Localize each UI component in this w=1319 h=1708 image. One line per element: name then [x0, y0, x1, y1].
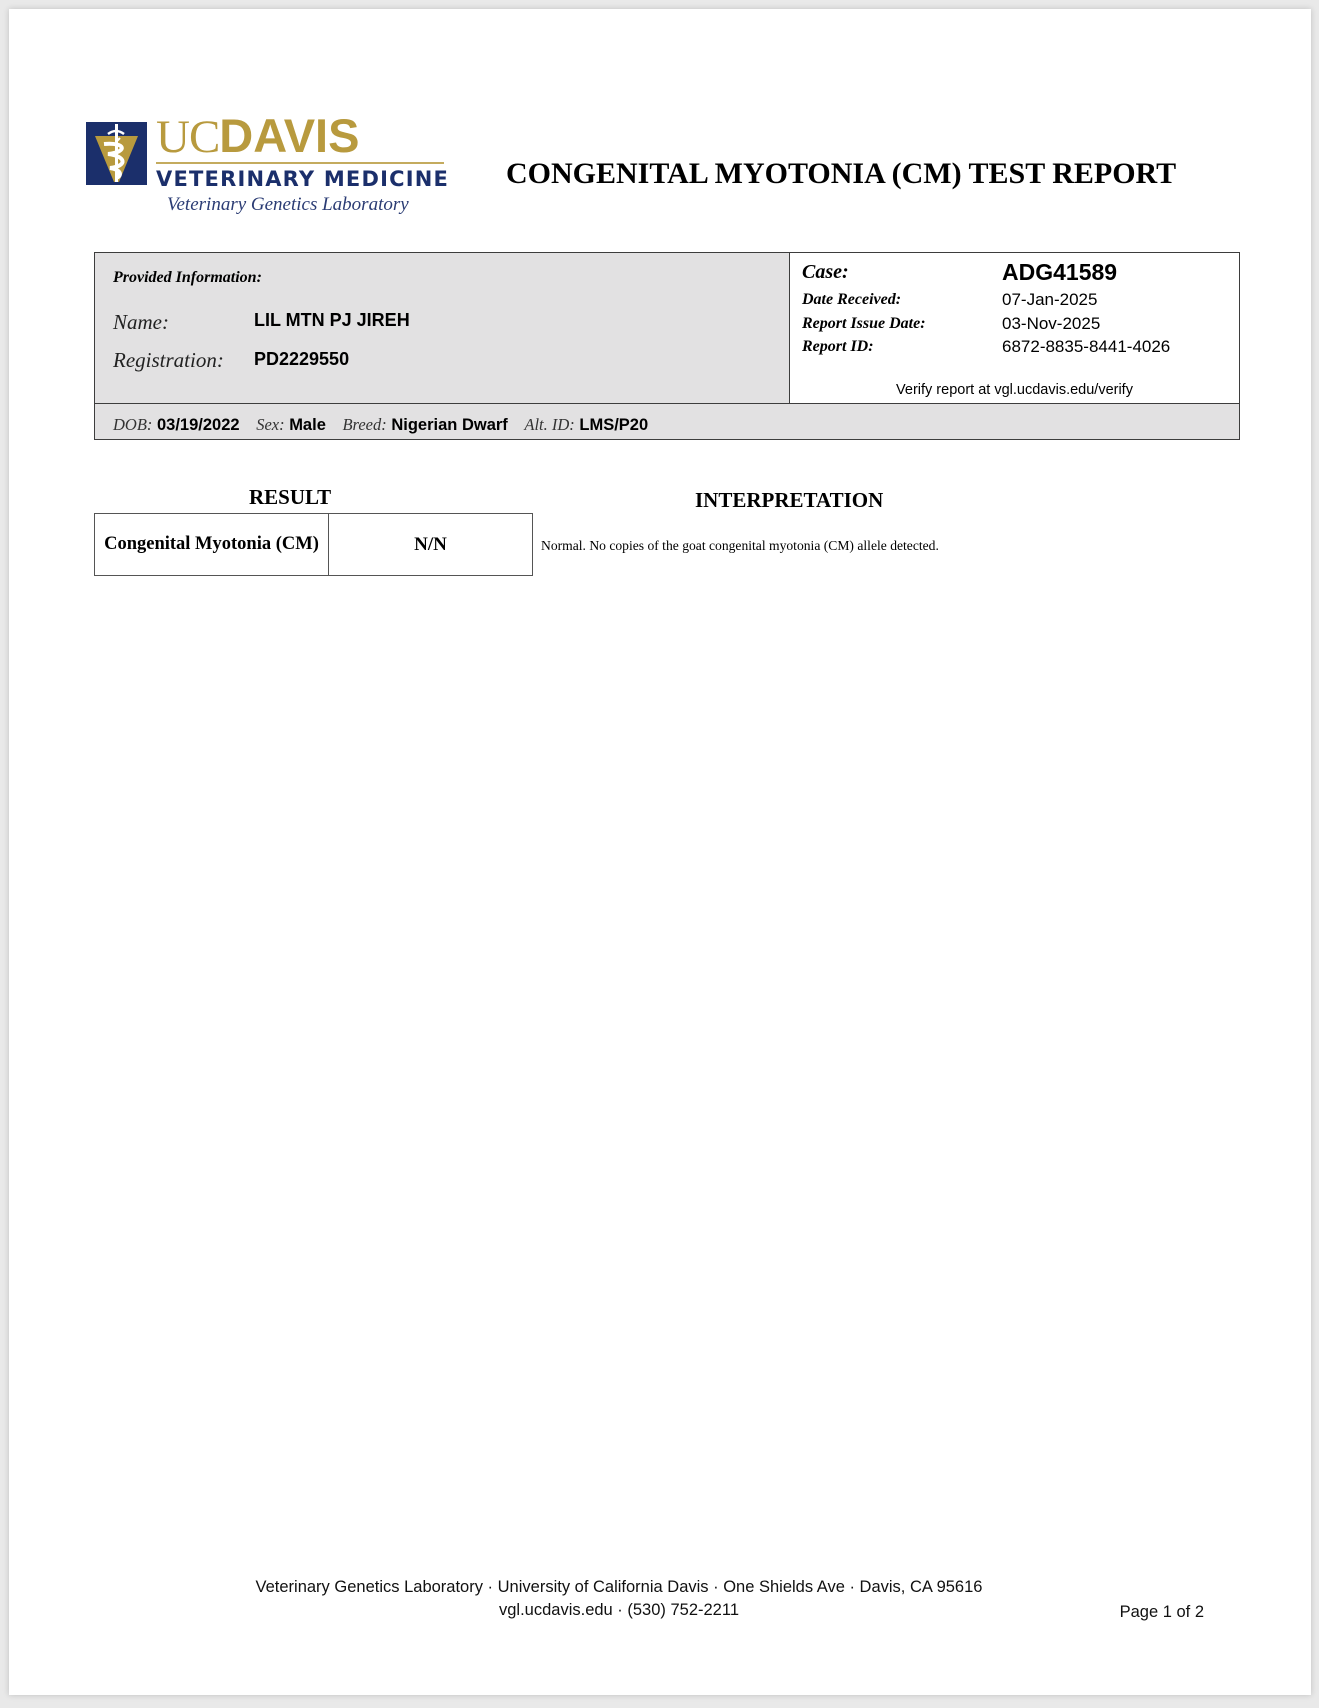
- issue-date-value: 03-Nov-2025: [1002, 314, 1100, 334]
- info-box: Provided Information: Name: LIL MTN PJ J…: [94, 252, 1240, 440]
- animal-name: LIL MTN PJ JIREH: [254, 310, 410, 331]
- footer-contact: vgl.ucdavis.edu · (530) 752-2211: [9, 1601, 1229, 1620]
- logo-rule: [156, 162, 444, 164]
- registration-label: Registration:: [113, 348, 224, 373]
- breed-label: Breed:: [342, 415, 386, 434]
- genotype-cell: N/N: [329, 514, 532, 575]
- issue-date-label: Report Issue Date:: [802, 315, 926, 333]
- animal-details-strip: DOB: 03/19/2022 Sex: Male Breed: Nigeria…: [95, 403, 1239, 439]
- ucdavis-vetmed-logo: UCDAVIS VETERINARY MEDICINE Veterinary G…: [86, 114, 446, 214]
- report-id-label: Report ID:: [802, 338, 874, 356]
- case-label: Case:: [802, 261, 849, 284]
- case-number: ADG41589: [1002, 259, 1117, 286]
- name-label: Name:: [113, 310, 169, 335]
- school-name: VETERINARY MEDICINE: [156, 167, 449, 191]
- provided-info-heading: Provided Information:: [113, 269, 262, 287]
- page-number: Page 1 of 2: [1120, 1603, 1204, 1622]
- uc-text: UC: [156, 111, 219, 163]
- interpretation-text: Normal. No copies of the goat congenital…: [541, 538, 939, 554]
- date-received-label: Date Received:: [802, 291, 901, 309]
- sex-label: Sex:: [256, 415, 284, 434]
- case-info-panel: Case: ADG41589 Date Received: 07-Jan-202…: [789, 253, 1239, 403]
- breed-value: Nigerian Dwarf: [391, 416, 507, 434]
- date-received-value: 07-Jan-2025: [1002, 290, 1097, 310]
- caduceus-shield-icon: [86, 122, 147, 185]
- test-name-cell: Congenital Myotonia (CM): [95, 514, 329, 575]
- ucdavis-wordmark: UCDAVIS: [156, 112, 359, 161]
- report-title: CONGENITAL MYOTONIA (CM) TEST REPORT: [506, 157, 1176, 191]
- provided-info-panel: Provided Information: Name: LIL MTN PJ J…: [95, 253, 789, 403]
- interpretation-heading: INTERPRETATION: [695, 488, 883, 513]
- lab-name: Veterinary Genetics Laboratory: [167, 194, 409, 216]
- verify-link[interactable]: Verify report at vgl.ucdavis.edu/verify: [790, 382, 1239, 398]
- dob-label: DOB:: [113, 415, 152, 434]
- davis-text: DAVIS: [219, 109, 359, 162]
- dob-value: 03/19/2022: [157, 416, 240, 434]
- animal-details: DOB: 03/19/2022 Sex: Male Breed: Nigeria…: [113, 415, 660, 435]
- report-id-value: 6872-8835-8441-4026: [1002, 337, 1170, 357]
- alt-id-label: Alt. ID:: [524, 415, 574, 434]
- report-page: UCDAVIS VETERINARY MEDICINE Veterinary G…: [9, 9, 1311, 1695]
- result-heading: RESULT: [249, 485, 331, 510]
- result-table: Congenital Myotonia (CM) N/N: [94, 513, 533, 576]
- alt-id-value: LMS/P20: [579, 416, 648, 434]
- sex-value: Male: [289, 416, 326, 434]
- registration-value: PD2229550: [254, 349, 349, 370]
- footer-address: Veterinary Genetics Laboratory · Univers…: [9, 1578, 1229, 1597]
